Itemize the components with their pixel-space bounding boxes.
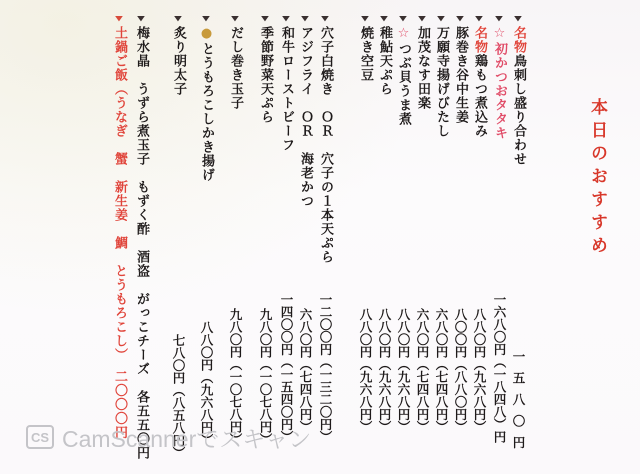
star-icon: ☆ bbox=[492, 26, 507, 42]
menu-item-name: 万願寺揚げびたし bbox=[432, 26, 450, 138]
menu-item: ▼ 梅水晶 うずら煮玉子 もずく酢 酒盗 がっこチーズ 各五五〇円 bbox=[132, 14, 150, 454]
watermark-text: CamScannerでスキャン bbox=[62, 421, 311, 454]
menu-item-price: 八八〇円（九六八円） bbox=[375, 308, 393, 433]
menu-item-price: 六八〇円（七四八円） bbox=[432, 308, 450, 433]
menu-item: ▼ ☆初かつおタタキ 一六八〇円（一八四八）円 bbox=[490, 14, 508, 454]
camscanner-logo-icon: CS bbox=[26, 425, 54, 449]
star-icon: ☆ bbox=[396, 26, 411, 42]
camscanner-watermark: CS CamScannerでスキャン bbox=[26, 422, 311, 452]
check-icon: ▼ bbox=[134, 16, 148, 23]
menu-item-name: 和牛ローストビーフ bbox=[277, 26, 295, 152]
check-icon: ▼ bbox=[415, 16, 429, 23]
menu-item-name: 梅水晶 うずら煮玉子 もずく酢 酒盗 がっこチーズ 各五五〇円 bbox=[132, 26, 150, 460]
menu-item: ▼ 季節野菜天ぷら 九八〇円（一〇七八円） bbox=[256, 14, 274, 454]
menu-item: ▼ 和牛ローストビーフ 一四〇〇円（一五四〇円） bbox=[277, 14, 295, 454]
meibutsu-label: 名物 bbox=[511, 26, 526, 54]
menu-item-price: 六八〇円（七四八円） bbox=[413, 308, 431, 433]
check-icon: ▼ bbox=[112, 16, 126, 23]
menu-item-name: ☆つぶ貝うま煮 bbox=[394, 26, 412, 126]
menu-item: ▼ ☆つぶ貝うま煮 八八〇円（九六八円） bbox=[394, 14, 412, 454]
menu-item: ▼ 土鍋ご飯（うなぎ 蟹 新生姜 鯛 とうもろこし） 二〇〇〇円 bbox=[110, 14, 128, 454]
check-icon: ▼ bbox=[377, 16, 391, 23]
menu-item-name: だし巻き玉子 bbox=[226, 26, 244, 110]
menu-item-price: 一五八〇円 bbox=[509, 350, 527, 458]
menu-item: ▼ 加茂なす田楽 六八〇円（七四八円） bbox=[413, 14, 431, 454]
menu-item-price: 六八〇円（七四八円） bbox=[296, 308, 314, 433]
menu-item: ▼ 名物鶏もつ煮込み 八八〇円（九六八円） bbox=[470, 14, 488, 454]
menu-title: 本日のおすすめ bbox=[588, 98, 610, 259]
menu-item-name: ●とうもろこしかき揚げ bbox=[197, 26, 215, 182]
menu-item: ▼ 穴子白焼き ＯＲ 穴子の１本天ぷら 一二〇〇円（一三二〇円） bbox=[316, 14, 334, 454]
menu-item-name: 豚巻き谷中生姜 bbox=[451, 26, 469, 124]
menu-item: ▼ 名物鳥刺し盛り合わせ 一五八〇円 bbox=[509, 14, 527, 454]
menu-item-price: 八八〇円（九六八円） bbox=[470, 308, 488, 433]
menu-item: ▼ 稚鮎天ぷら 八八〇円（九六八円） bbox=[375, 14, 393, 454]
meibutsu-label: 名物 bbox=[472, 26, 487, 54]
check-icon: ▼ bbox=[171, 16, 185, 23]
menu-item-name: 加茂なす田楽 bbox=[413, 26, 431, 110]
menu-item-name: アジフライ ＯＲ 海老かつ bbox=[296, 26, 314, 208]
check-icon: ▼ bbox=[396, 16, 410, 23]
menu-item: ▼ だし巻き玉子 九八〇円（一〇七八円） bbox=[226, 14, 244, 454]
menu-item-price: 八八〇円（九六八円） bbox=[356, 308, 374, 433]
menu-item: ▼ 焼き空豆 八八〇円（九六八円） bbox=[356, 14, 374, 454]
check-icon: ▼ bbox=[199, 16, 213, 23]
menu-item: ▼ 豚巻き谷中生姜 八〇〇円（八八〇円） bbox=[451, 14, 469, 454]
menu-item-name: 炙り明太子 bbox=[169, 26, 187, 96]
menu-item-name: 名物鳥刺し盛り合わせ bbox=[509, 26, 527, 166]
menu-item: ▼ 炙り明太子 七八〇円（八五八円） bbox=[169, 14, 187, 454]
corn-icon: ● bbox=[199, 26, 214, 42]
menu-item-name: 季節野菜天ぷら bbox=[256, 26, 274, 124]
menu-item-name: 稚鮎天ぷら bbox=[375, 26, 393, 96]
check-icon: ▼ bbox=[228, 16, 242, 23]
check-icon: ▼ bbox=[511, 16, 525, 23]
menu-item: ▼ ●とうもろこしかき揚げ 八八〇円（九六八円） bbox=[197, 14, 215, 454]
menu-item-price: 一六八〇円（一八四八）円 bbox=[490, 293, 508, 443]
check-icon: ▼ bbox=[318, 16, 332, 23]
menu-item-price: 八八〇円（九六八円） bbox=[394, 308, 412, 433]
menu-item-name: ☆初かつおタタキ bbox=[490, 26, 508, 140]
menu-item-name: 焼き空豆 bbox=[356, 26, 374, 82]
menu-item-price: 八〇〇円（八八〇円） bbox=[451, 308, 469, 433]
check-icon: ▼ bbox=[492, 16, 506, 23]
menu-item-price: 一二〇〇円（一三二〇円） bbox=[316, 293, 334, 443]
check-icon: ▼ bbox=[472, 16, 486, 23]
check-icon: ▼ bbox=[453, 16, 467, 23]
menu-item: ▼ 万願寺揚げびたし 六八〇円（七四八円） bbox=[432, 14, 450, 454]
menu-item-name: 土鍋ご飯（うなぎ 蟹 新生姜 鯛 とうもろこし） 二〇〇〇円 bbox=[110, 26, 128, 440]
check-icon: ▼ bbox=[358, 16, 372, 23]
check-icon: ▼ bbox=[298, 16, 312, 23]
check-icon: ▼ bbox=[279, 16, 293, 23]
menu-item-name: 穴子白焼き ＯＲ 穴子の１本天ぷら bbox=[316, 26, 334, 264]
check-icon: ▼ bbox=[434, 16, 448, 23]
menu-item-name: 名物鶏もつ煮込み bbox=[470, 26, 488, 138]
menu-item: ▼ アジフライ ＯＲ 海老かつ 六八〇円（七四八円） bbox=[296, 14, 314, 454]
check-icon: ▼ bbox=[258, 16, 272, 23]
